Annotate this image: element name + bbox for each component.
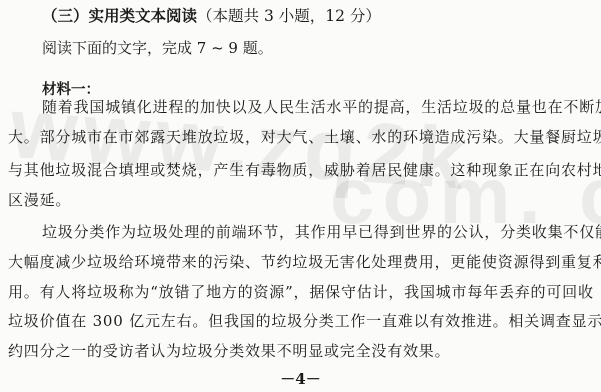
section-heading: （三）实用类文本阅读（本题共 3 小题，12 分）: [42, 6, 381, 26]
paragraph-1-line-3: 与其他垃圾混合填埋或焚烧，产生有毒物质，威胁着居民健康。这种现象正在向农村地: [8, 160, 601, 180]
page-number: －4－: [0, 369, 601, 389]
paragraph-2-line-4: 垃圾价值在 300 亿元左右。但我国的垃圾分类工作一直难以有效推进。相关调查显示…: [8, 311, 601, 331]
section-prefix: （三）: [42, 6, 89, 25]
paragraph-1-line-2: 大。部分城市在市郊露天堆放垃圾，对大气、土壤、水的环境造成污染。大量餐厨垃圾: [8, 127, 601, 147]
paragraph-2-line-1: 垃圾分类作为垃圾处理的前端环节，其作用早已得到世界的公认，分类收集不仅能: [42, 222, 601, 242]
paragraph-1-line-1: 随着我国城镇化进程的加快以及人民生活水平的提高，生活垃圾的总量也在不断加: [42, 97, 601, 117]
watermark: www.zq2k com. cn: [0, 0, 601, 392]
paragraph-1-line-4: 区漫延。: [8, 190, 71, 210]
section-meta: （本题共 3 小题，12 分）: [197, 7, 381, 25]
paragraph-2-line-2: 大幅度减少垃圾给环境带来的污染、节约垃圾无害化处理费用，更能使资源得到重复利: [8, 252, 601, 272]
paragraph-2-line-3: 用。有人将垃圾称为“放错了地方的资源”，据保守估计，我国城市每年丢弃的可回收: [8, 282, 594, 302]
section-title: 实用类文本阅读: [89, 6, 198, 25]
paragraph-2-line-5: 约四分之一的受访者认为垃圾分类效果不明显或完全没有效果。: [8, 341, 450, 361]
instruction: 阅读下面的文字，完成 7 ~ 9 题。: [42, 38, 273, 58]
